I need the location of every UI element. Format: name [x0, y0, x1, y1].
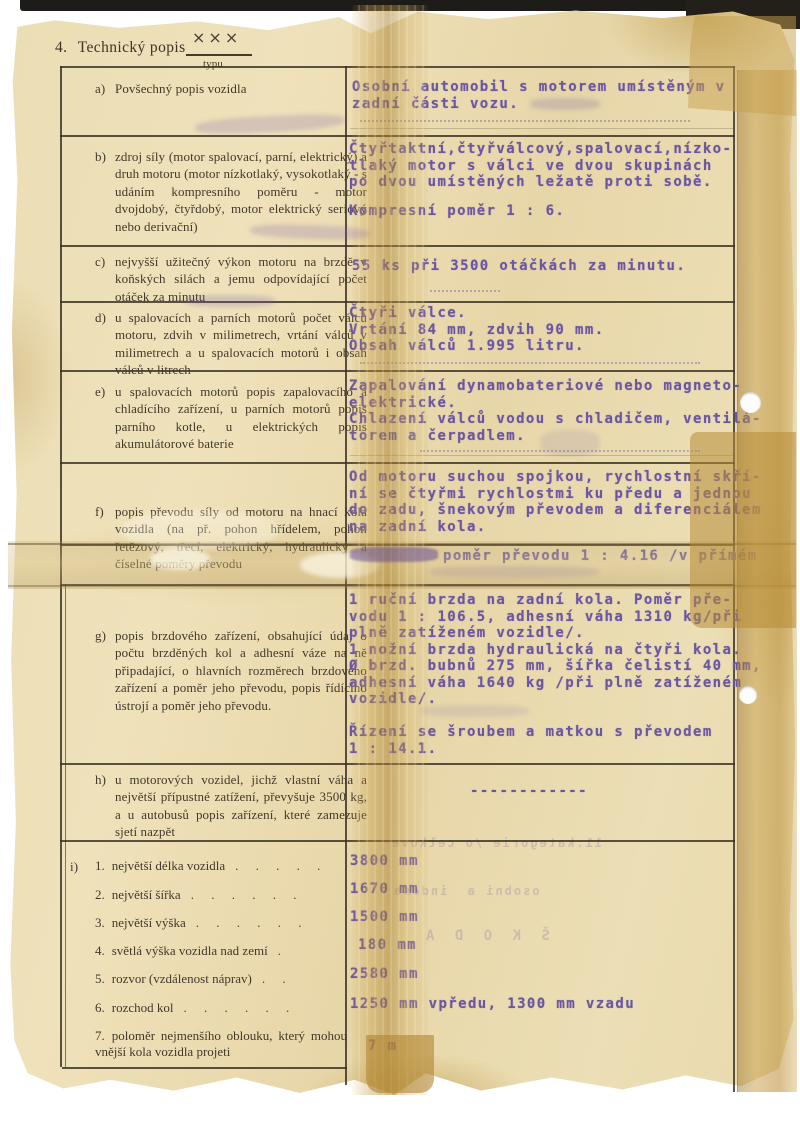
row-h-label: h)u motorových vozidel, jichž vlastní vá…: [95, 771, 367, 841]
ink-smudge: [540, 430, 600, 456]
scanned-document-page: { "colors": { "paper": "#ead9ad", "typew…: [0, 0, 800, 1130]
tape-patch-mid-right: [690, 432, 796, 628]
fraction-line: [186, 54, 252, 56]
measurement-row: 3.největší výška. . . . . .: [95, 915, 347, 931]
row-e-label: e)u spalovacích motorů popis zapalovacíh…: [95, 383, 367, 453]
form-section-title: 4. Technický popis: [55, 38, 186, 59]
paper-scuff: [150, 548, 210, 570]
ink-smudge: [420, 705, 530, 717]
ink-overstrike: [350, 547, 438, 562]
measurement-row: 6.rozchod kol. . . . . .: [95, 1000, 347, 1016]
row-b-label: b)zdroj síly (motor spalovací, parní, el…: [95, 148, 367, 235]
table-line: [62, 1067, 347, 1069]
punch-hole: [739, 686, 757, 704]
row-d-label: d)u spalovacích a parních motorů počet v…: [95, 309, 367, 379]
ink-smudge: [530, 98, 600, 110]
measurement-row: 4.světlá výška vozidla nad zemí.: [95, 943, 347, 959]
measurement-row: 7.poloměr nejmenšího oblouku, který moho…: [95, 1028, 347, 1060]
answer-h-dashes: ------------: [470, 783, 588, 800]
row-a-key: a): [95, 80, 115, 97]
row-c-key: c): [95, 253, 115, 270]
row-a-label: a)Povšechný popis vozidla: [95, 80, 365, 97]
tape-patch-bottom: [366, 1035, 434, 1093]
row-d-key: d): [95, 309, 115, 326]
row-e-key: e): [95, 383, 115, 400]
row-b-key: b): [95, 148, 115, 165]
measurement-row: 5.rozvor (vzdálenost náprav). .: [95, 971, 347, 987]
row-g-label: g)popis brzdového zařízení, obsahující ú…: [95, 627, 367, 714]
form-section-name: Technický popis: [78, 39, 186, 56]
row-f-key: f): [95, 503, 115, 520]
typed-dotted-line: [430, 290, 500, 292]
measurement-row: 2.největší šířka. . . . . .: [95, 887, 347, 903]
tape-patch-top-right: [688, 16, 796, 116]
ink-smudge: [185, 295, 275, 307]
type-caption: typu: [203, 57, 223, 72]
ink-smudge: [430, 566, 600, 578]
row-i-key: i): [70, 858, 78, 875]
form-section-number: 4.: [55, 39, 67, 56]
measurement-row: 1.největší délka vozidla. . . . .: [95, 858, 347, 874]
ghost-text: Š K O D A: [420, 928, 550, 944]
row-g-key: g): [95, 627, 115, 644]
paper-scuff: [120, 510, 280, 550]
table-border-left-inner: [65, 584, 66, 1067]
type-value-crossed: ×××: [192, 28, 241, 47]
row-h-key: h): [95, 771, 115, 788]
punch-hole: [740, 392, 761, 413]
